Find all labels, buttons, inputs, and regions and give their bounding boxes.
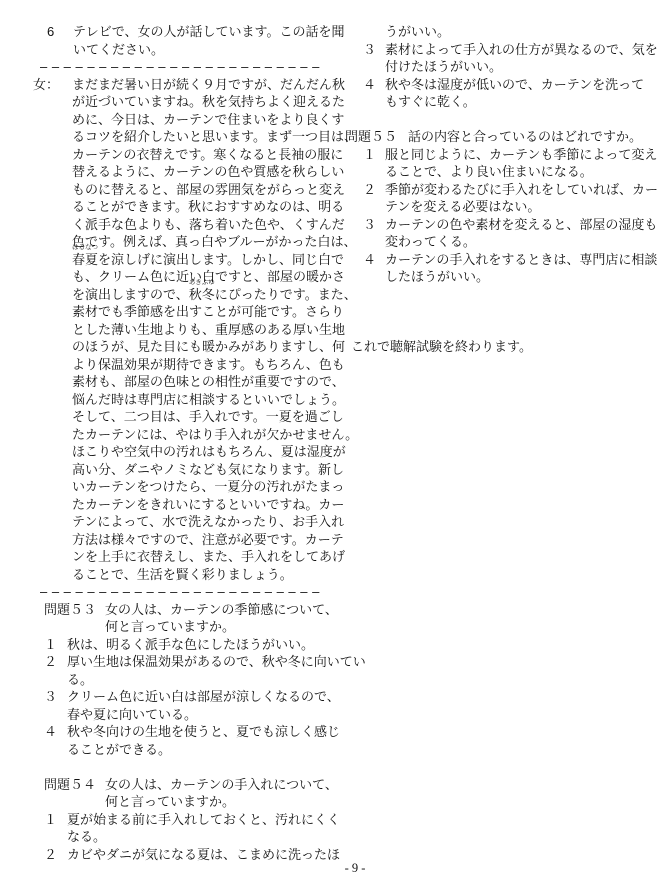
question-53-option-4: ４秋や冬向けの生地を使うと、夏でも涼しく感じることができる。 bbox=[33, 723, 355, 758]
text-line: なる。 bbox=[33, 828, 355, 846]
text-line: ることで、より良い住まいになる。 bbox=[345, 163, 665, 181]
text-line: これで聴解試験を終わります。 bbox=[345, 338, 665, 356]
text-line: いてください。 bbox=[33, 41, 355, 59]
text-line: 高い分、ダニやノミなども気になります。新し bbox=[33, 461, 355, 479]
right-column: うがいい。３素材によって手入れの仕方が異なるので、気を付けたほうがいい。４秋や冬… bbox=[345, 23, 665, 356]
text-line: カーテンの衣替えです。寒くなると長袖の服に bbox=[33, 146, 355, 164]
separator-top: –––––––––––––––––––––––– bbox=[33, 58, 355, 76]
text-line: 付けたほうがいい。 bbox=[345, 58, 665, 76]
text-line: ることで、生活を賢く彩りましょう。 bbox=[33, 566, 355, 584]
text-line: 春や夏に向いている。 bbox=[33, 706, 355, 724]
text-line: 素材も、部屋の色味との相性が重要ですので、 bbox=[33, 373, 355, 391]
closing-statement: これで聴解試験を終わります。 bbox=[345, 338, 665, 356]
text-line: 素材によって手入れの仕方が異なるので、気を bbox=[345, 41, 665, 59]
text-line: ンを上手に衣替えし、また、手入れをしてあげ bbox=[33, 548, 355, 566]
text-line: 季節が変わるたびに手入れをしていれば、カー bbox=[345, 181, 665, 199]
text-line: テレビで、女の人が話しています。この話を聞 bbox=[33, 23, 355, 41]
question-6-intro: 6テレビで、女の人が話しています。この話を聞いてください。 bbox=[33, 23, 355, 58]
text-line: カーテンの色や素材を変えると、部屋の湿度も bbox=[345, 216, 665, 234]
question-54-option-2: ２カビやダニが気になる夏は、こまめに洗ったほ bbox=[33, 846, 355, 864]
text-line: 女の人は、カーテンの手入れについて、 bbox=[33, 776, 355, 794]
text-line: る。 bbox=[33, 671, 355, 689]
text-line: テンによって、水で洗えなかったり、お手入れ bbox=[33, 513, 355, 531]
text-line: が近づいていますね。秋を気持ちよく迎えるた bbox=[33, 93, 355, 111]
question-54-header: 問題５４女の人は、カーテンの手入れについて、何と言っていますか。 bbox=[33, 776, 355, 811]
text-line: 秋や冬は湿度が低いので、カーテンを洗って bbox=[345, 76, 665, 94]
furigana: はるなつ bbox=[72, 245, 98, 252]
text-line: 服と同じように、カーテンも季節によって変え bbox=[345, 146, 665, 164]
document-page: 6テレビで、女の人が話しています。この話を聞いてください。–––––––––––… bbox=[0, 0, 671, 891]
text-line: 厚い生地は保温効果があるので、秋や冬に向いてい bbox=[33, 653, 355, 671]
text-line: 女の人は、カーテンの季節感について、 bbox=[33, 601, 355, 619]
text-line: 話の内容と合っているのはどれですか。 bbox=[345, 128, 665, 146]
question-54-option-3: ３素材によって手入れの仕方が異なるので、気を付けたほうがいい。 bbox=[345, 41, 665, 76]
text-line: く派手な色よりも、落ち着いた色や、くすんだ bbox=[33, 216, 355, 234]
text-line: まだまだ暑い日が続く９月ですが、だんだん秋 bbox=[33, 76, 355, 94]
furigana: あきふゆ bbox=[189, 280, 215, 287]
question-55-option-3: ３カーテンの色や素材を変えると、部屋の湿度も変わってくる。 bbox=[345, 216, 665, 251]
ruby-annotated-word: はるなつ春夏 bbox=[72, 251, 98, 269]
text-line: 変わってくる。 bbox=[345, 233, 665, 251]
text-line: そして、二つ目は、手入れです。一夏を過ごし bbox=[33, 408, 355, 426]
question-55-header: 問題５５話の内容と合っているのはどれですか。 bbox=[345, 128, 665, 146]
left-column: 6テレビで、女の人が話しています。この話を聞いてください。–––––––––––… bbox=[33, 23, 355, 863]
question-53-option-2: ２厚い生地は保温効果があるので、秋や冬に向いている。 bbox=[33, 653, 355, 688]
text-line: より保温効果が期待できます。もちろん、色も bbox=[33, 356, 355, 374]
text-line: たカーテンには、やはり手入れが欠かせません。 bbox=[33, 426, 355, 444]
question-53-option-3: ３クリーム色に近い白は部屋が涼しくなるので、春や夏に向いている。 bbox=[33, 688, 355, 723]
text-line: うがいい。 bbox=[345, 23, 665, 41]
text-line: めに、今日は、カーテンで住まいをより良くす bbox=[33, 111, 355, 129]
blank-lines bbox=[345, 286, 665, 339]
text-line: 替えるように、カーテンの色や質感を秋らしい bbox=[33, 163, 355, 181]
listening-transcript: 女：まだまだ暑い日が続く９月ですが、だんだん秋が近づいていますね。秋を気持ちよく… bbox=[33, 76, 355, 584]
text-line: たカーテンをきれいにするといいですね。カー bbox=[33, 496, 355, 514]
text-line: テンを変える必要はない。 bbox=[345, 198, 665, 216]
text-line: とした薄い生地よりも、重厚感のある厚い生地 bbox=[33, 321, 355, 339]
question-54-option-2-continuation: うがいい。 bbox=[345, 23, 665, 41]
question-54-option-1: １夏が始まる前に手入れしておくと、汚れにくくなる。 bbox=[33, 811, 355, 846]
text-line: カーテンの手入れをするときは、専門店に相談 bbox=[345, 251, 665, 269]
text-line: ることができる。 bbox=[33, 741, 355, 759]
text-line: カビやダニが気になる夏は、こまめに洗ったほ bbox=[33, 846, 355, 864]
ruby-annotated-word: あきふゆ秋冬 bbox=[189, 286, 215, 304]
question-53-header: 問題５３女の人は、カーテンの季節感について、何と言っていますか。 bbox=[33, 601, 355, 636]
text-line: クリーム色に近い白は部屋が涼しくなるので、 bbox=[33, 688, 355, 706]
text-line: 方法は様々ですので、注意が必要です。カーテ bbox=[33, 531, 355, 549]
text-line: 素材でも季節感を出すことが可能です。さらり bbox=[33, 303, 355, 321]
text-line: 何と言っていますか。 bbox=[33, 618, 355, 636]
blank-line bbox=[33, 758, 355, 776]
blank-line bbox=[345, 111, 665, 129]
question-54-option-4: ４秋や冬は湿度が低いので、カーテンを洗ってもすぐに乾く。 bbox=[345, 76, 665, 111]
text-line: ほこりや空気中の汚れはもちろん、夏は湿度が bbox=[33, 443, 355, 461]
question-55-option-1: １服と同じように、カーテンも季節によって変えることで、より良い住まいになる。 bbox=[345, 146, 665, 181]
text-line: るコツを紹介したいと思います。まず一つ目は、 bbox=[33, 128, 355, 146]
text-line: ものに替えると、部屋の雰囲気をがらっと変え bbox=[33, 181, 355, 199]
separator-bottom: –––––––––––––––––––––––– bbox=[33, 583, 355, 601]
text-line: もすぐに乾く。 bbox=[345, 93, 665, 111]
text-line: ることができます。秋におすすめなのは、明る bbox=[33, 198, 355, 216]
text-line: 何と言っていますか。 bbox=[33, 793, 355, 811]
page-number: - 9 - bbox=[345, 861, 366, 876]
text-line: したほうがいい。 bbox=[345, 268, 665, 286]
question-55-option-2: ２季節が変わるたびに手入れをしていれば、カーテンを変える必要はない。 bbox=[345, 181, 665, 216]
text-line: 秋や冬向けの生地を使うと、夏でも涼しく感じ bbox=[33, 723, 355, 741]
text-line: はるなつ春夏を涼しげに演出します。しかし、同じ白で bbox=[33, 251, 355, 269]
text-line: のほうが、見た目にも暖かみがありますし、何 bbox=[33, 338, 355, 356]
text-line: 悩んだ時は専門店に相談するといいでしょう。 bbox=[33, 391, 355, 409]
question-55-option-4: ４カーテンの手入れをするときは、専門店に相談したほうがいい。 bbox=[345, 251, 665, 286]
text-line: いカーテンをつけたら、一夏分の汚れがたまっ bbox=[33, 478, 355, 496]
text-line: 夏が始まる前に手入れしておくと、汚れにくく bbox=[33, 811, 355, 829]
question-53-option-1: １秋は、明るく派手な色にしたほうがいい。 bbox=[33, 636, 355, 654]
text-line: 秋は、明るく派手な色にしたほうがいい。 bbox=[33, 636, 355, 654]
text-line: を演出しますので、あきふゆ秋冬にぴったりです。また、 bbox=[33, 286, 355, 304]
